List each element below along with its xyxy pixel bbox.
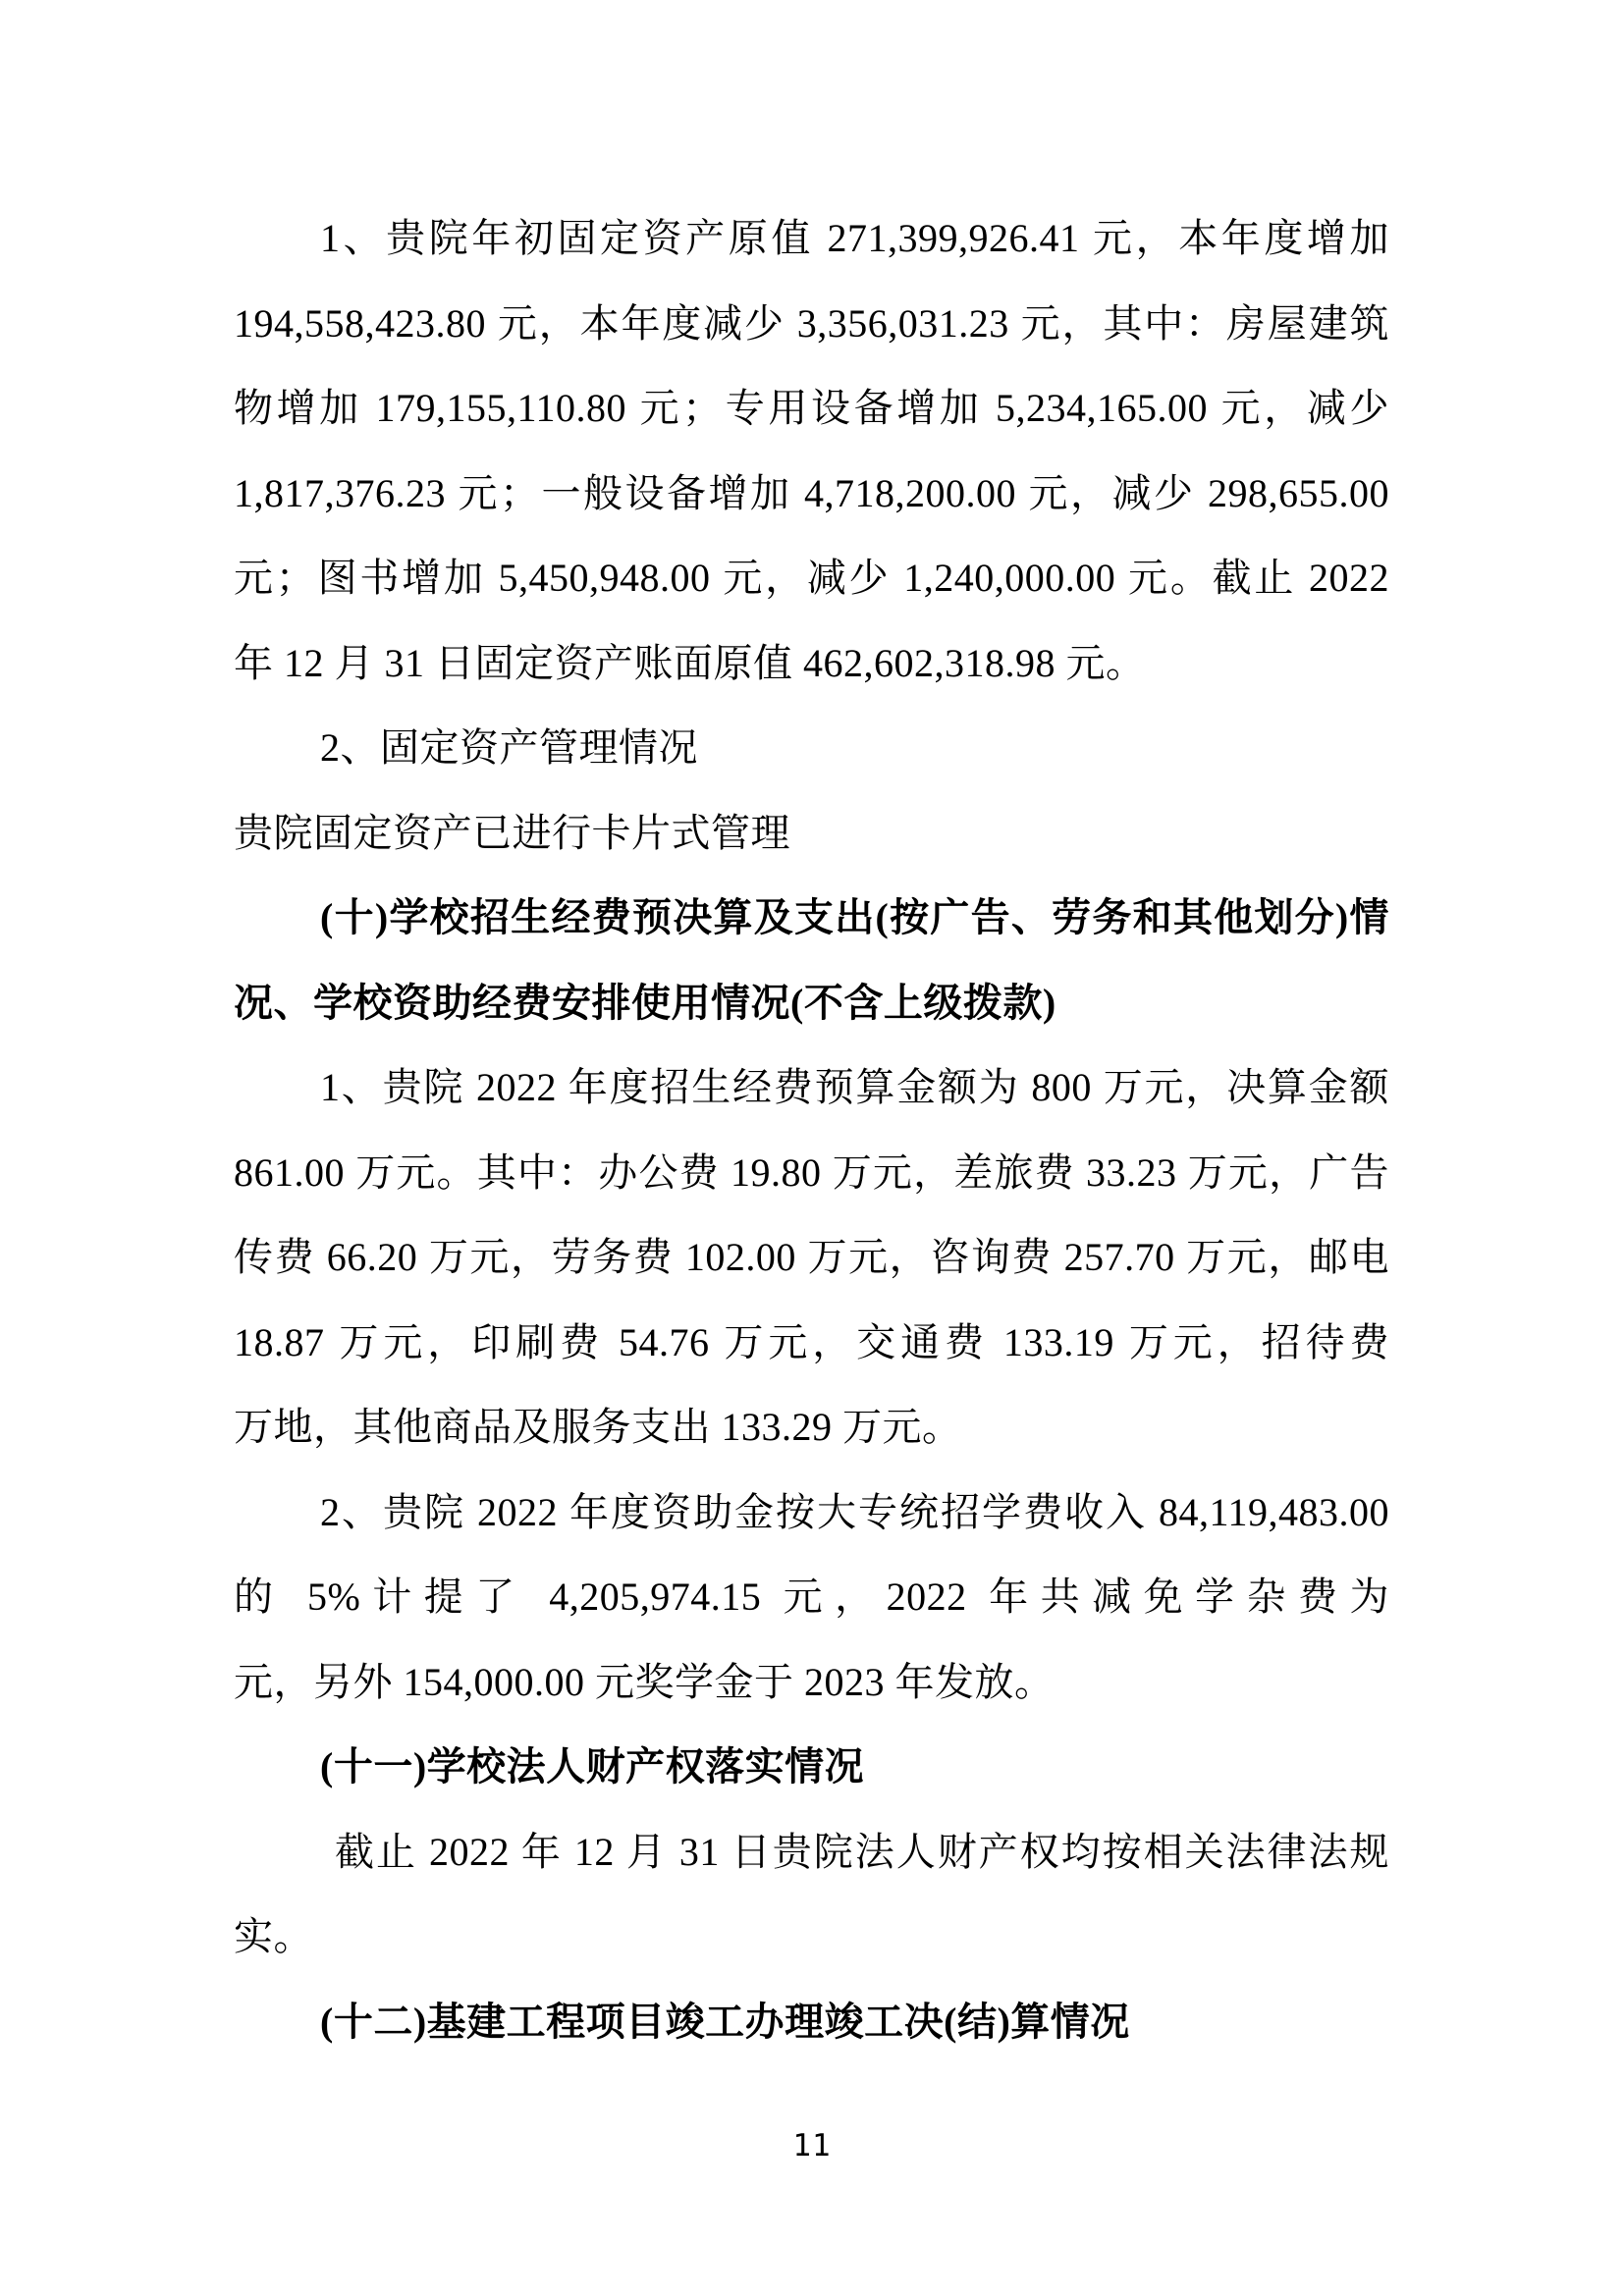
body-line: 18.87 万元，印刷费 54.76 万元，交通费 133.19 万元，招待费 … bbox=[234, 1301, 1389, 1386]
body-line: 861.00 万元。其中：办公费 19.80 万元，差旅费 33.23 万元，广… bbox=[234, 1131, 1389, 1216]
body-line: 元；图书增加 5,450,948.00 元，减少 1,240,000.00 元。… bbox=[234, 536, 1389, 621]
body-line: 1,817,376.23 元；一般设备增加 4,718,200.00 元，减少 … bbox=[234, 452, 1389, 537]
document-body: 1、贵院年初固定资产原值 271,399,926.41 元，本年度增加 194,… bbox=[234, 196, 1389, 2064]
body-line: 1、贵院年初固定资产原值 271,399,926.41 元，本年度增加 bbox=[234, 196, 1389, 282]
body-line: 194,558,423.80 元，本年度减少 3,356,031.23 元，其中… bbox=[234, 282, 1389, 367]
section-heading-line: (十一)学校法人财产权落实情况 bbox=[234, 1725, 1389, 1810]
document-page: 1、贵院年初固定资产原值 271,399,926.41 元，本年度增加 194,… bbox=[0, 0, 1624, 2296]
body-line: 物增加 179,155,110.80 元；专用设备增加 5,234,165.00… bbox=[234, 366, 1389, 452]
page-number: 11 bbox=[0, 2126, 1624, 2165]
section-heading-line: 况、学校资助经费安排使用情况(不含上级拨款) bbox=[234, 961, 1389, 1046]
body-line: 元，另外 154,000.00 元奖学金于 2023 年发放。 bbox=[234, 1640, 1389, 1726]
body-line: 年 12 月 31 日固定资产账面原值 462,602,318.98 元。 bbox=[234, 621, 1389, 707]
body-line: 的 5%计提了 4,205,974.15 元，2022 年共减免学杂费为 4,0… bbox=[234, 1555, 1389, 1640]
body-line: 传费 66.20 万元，劳务费 102.00 万元，咨询费 257.70 万元，… bbox=[234, 1215, 1389, 1301]
body-line: 2、贵院 2022 年度资助金按大专统招学费收入 84,119,483.00 元 bbox=[234, 1470, 1389, 1556]
body-line: 万地，其他商品及服务支出 133.29 万元。 bbox=[234, 1385, 1389, 1470]
body-line: 截止 2022 年 12 月 31 日贵院法人财产权均按相关法律法规已落 bbox=[234, 1810, 1389, 1896]
body-line: 实。 bbox=[234, 1895, 1389, 1980]
section-heading-line: (十二)基建工程项目竣工办理竣工决(结)算情况 bbox=[234, 1980, 1389, 2065]
section-heading-line: (十)学校招生经费预决算及支出(按广告、劳务和其他划分)情 bbox=[234, 876, 1389, 961]
body-line: 1、贵院 2022 年度招生经费预算金额为 800 万元，决算金额为 bbox=[234, 1045, 1389, 1131]
body-line: 2、固定资产管理情况 bbox=[234, 706, 1389, 791]
body-line: 贵院固定资产已进行卡片式管理 bbox=[234, 791, 1389, 877]
